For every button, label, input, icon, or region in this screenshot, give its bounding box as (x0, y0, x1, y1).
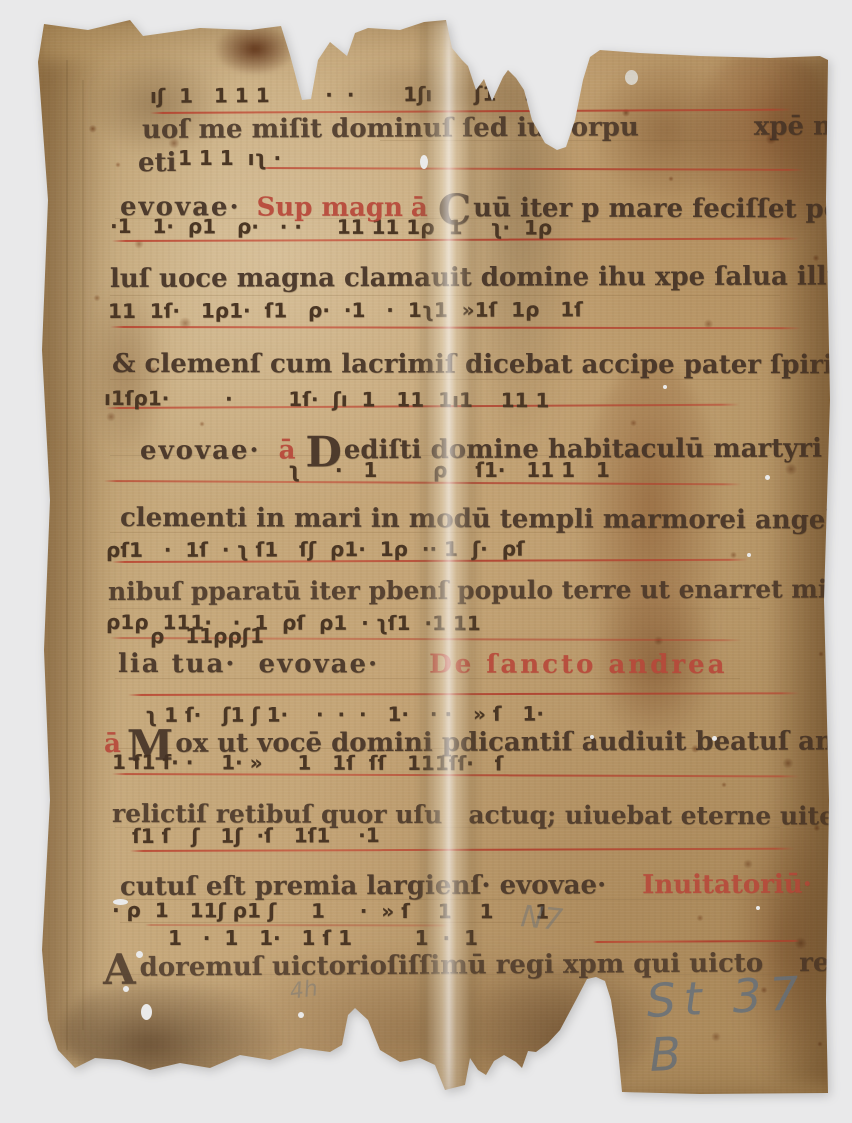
ink-text: xpē me fieri· (754, 111, 852, 142)
text-line: luſ uoce magna clamauit domine ihu xpe ſ… (110, 261, 852, 294)
rubric-text: De ſancto andrea (429, 650, 727, 681)
staff-line (106, 404, 740, 409)
ruling-line (115, 748, 780, 749)
ink-text: evovae· (120, 192, 241, 222)
staff-line (258, 167, 804, 171)
staff-line (110, 637, 742, 641)
ruling-line (110, 608, 760, 609)
stain (331, 55, 561, 135)
hole (590, 735, 594, 739)
ink-text: ox ut vocē domini pdicantiſ audiuit beat… (175, 726, 852, 759)
staff-line (104, 480, 742, 485)
ink-text: uū iter p mare feciſſet popu (473, 193, 852, 224)
ink-text: uoſ me miſit dominuſ ſed iū corpu (142, 112, 639, 145)
neume-row: 1 · 1 1· 1 ſ 1 1 · 1 (168, 926, 478, 950)
text-line: & clemenſ cum lacrimiſ dicebat accipe pa… (112, 349, 852, 380)
neume-row: ρſ1 · 1ſ · ʅ ſ1 ſʃ ρ1· 1ρ ·· 1 ʃ· ρſ (106, 537, 525, 562)
ruling-line (115, 678, 740, 679)
stain (36, 60, 111, 1060)
stain (216, 24, 294, 74)
stain (591, 580, 721, 750)
neume-row: ı1ſρ1· · 1ſ· ʃı 1 11 1ı1 11 1 (104, 386, 549, 412)
text-line: lia tua· evovae·De ſancto andrea (118, 649, 727, 680)
ink-text: ediſti domine habitaculū martyri tuo (344, 433, 852, 465)
stain (731, 805, 836, 1075)
rubric-text: Inuitatoriū· (642, 870, 812, 901)
neume-row: ·1 1· ρ1 ρ· · · 11 11 1ρ 1 ʅ· 1ρ (110, 214, 552, 240)
hole (141, 1004, 152, 1020)
ink-text: relictiſ retibuſ quor uſu (112, 799, 442, 829)
neume-row: ıʃ 1 1 1 1 · · 1ʃı ʃ1 ıſ 1 (150, 81, 575, 108)
ink-text: actuq; uiuebat eterne uite ſe (468, 800, 852, 830)
text-line: relictiſ retibuſ quor uſuactuq; uiuebat … (112, 799, 852, 831)
neume-row: 1 ſ1 ſ· · 1· » 1 1ſ ſſ 111ſſ· ſ (112, 750, 503, 775)
ink-text: rem per (799, 947, 852, 978)
ruling-line (120, 899, 780, 900)
ruling-line (380, 140, 790, 141)
ink-text: doremuſ uictorioſiſſimū regi xpm qui uic… (139, 948, 763, 982)
ruling-line (110, 295, 780, 296)
ink-text: lia tua· evovae· (118, 649, 379, 679)
hole (625, 70, 638, 85)
staff-line (112, 773, 800, 777)
rubric-text: ā (278, 435, 295, 465)
stain (461, 55, 576, 445)
ruling-line (115, 827, 780, 828)
text-line: cutuſ eſt premia largienſ· evovae·Inuita… (120, 870, 812, 902)
neume-row: 1 1 1 ıʅ · (178, 146, 281, 170)
text-line: nibuſ pparatū iter pbenſ populo terre ut… (108, 574, 852, 606)
initial-letter: D (305, 431, 342, 473)
rust-speckles (76, 100, 216, 460)
rubric-text: Sup magn (257, 192, 403, 223)
ink-text: luſ uoce magna clamauit domine ihu xpe ſ… (110, 261, 852, 294)
staff-line (112, 238, 800, 242)
text-line: evovae·āDediſti domine habitaculū martyr… (140, 429, 852, 474)
hole (756, 906, 760, 910)
pencil-mark: 4h (288, 976, 319, 1005)
initial-letter: A (103, 949, 136, 991)
ink-text: cutuſ eſt premia largienſ· evovae· (120, 870, 606, 902)
stain (471, 955, 661, 1090)
staff-line (150, 109, 792, 114)
neume-row: ρ1ρ 111· · 1 ρſ ρ1 · ʅſ1 ·1 11 (106, 610, 481, 635)
rubric-text: ā (411, 193, 428, 223)
hole (136, 951, 143, 958)
hole (420, 155, 428, 169)
text-line: Adoremuſ uictorioſiſſimū regi xpm qui ui… (103, 943, 852, 991)
text-line: uoſ me miſit dominuſ ſed iū corpuxpē me … (142, 111, 852, 145)
neume-row: ρ 11ρρʃ1 (150, 624, 264, 648)
stain (86, 275, 166, 465)
staff-line (593, 940, 800, 943)
initial-letter: M (127, 725, 174, 767)
hole (747, 553, 751, 557)
neume-row: · ρ 1 11ʃ ρ1 ʃ 1 · » ſ 1 1 1 (112, 898, 549, 924)
ink-text: eti (138, 148, 176, 178)
ruling-line (120, 922, 580, 923)
hole (298, 1012, 304, 1018)
hole (113, 899, 128, 905)
stain (576, 360, 726, 730)
photo-background: ıʃ 1 1 1 1 · · 1ʃı ʃ1 ıſ 11 1 1 ıʅ ··1 1… (0, 0, 852, 1123)
ink-text: clementi in mari in modū templi marmorei… (120, 503, 852, 536)
hole (123, 986, 129, 992)
fold-line (82, 80, 84, 1030)
ruling-line (110, 379, 760, 380)
hole (712, 736, 717, 741)
ink-text: nibuſ pparatū iter pbenſ populo terre ut… (108, 574, 852, 606)
staff-line (128, 692, 800, 696)
pencil-mark: N7 (519, 899, 564, 938)
stain (591, 60, 741, 200)
neume-row: ʅ · 1 ρ ſ1· 11 1 1 (288, 458, 610, 482)
ruling-line (110, 455, 770, 456)
text-line: evovae·Sup magnāCuū iter p mare feciſſet… (120, 188, 852, 233)
ink-text: evovae· (140, 436, 261, 466)
parchment-wrap: ıʃ 1 1 1 1 · · 1ʃı ʃ1 ıſ 11 1 1 ıʅ ··1 1… (0, 0, 852, 1123)
text-line: āMox ut vocē domini pdicantiſ audiuit be… (104, 722, 852, 767)
fold-line (66, 60, 68, 1050)
stain (766, 55, 836, 1085)
ink-text: & clemenſ cum lacrimiſ dicebat accipe pa… (112, 349, 852, 380)
staff-line (145, 924, 450, 927)
staff-line (112, 559, 748, 563)
ruling-line (110, 532, 770, 533)
neume-row: ſ1 ſ ʃ 1ʃ ·ſ 1ſ1 ·1 (132, 823, 380, 848)
text-line: eti (138, 148, 176, 178)
ruling-line (110, 974, 790, 975)
neume-row: 11 1ſ· 1ρ1· ſ1 ρ· ·1 · 1ʅ1 »1ſ 1ρ 1ſ (108, 297, 583, 323)
text-line: clementi in mari in modū templi marmorei… (120, 503, 852, 536)
stain (691, 45, 841, 245)
rubric-text: ā (104, 729, 121, 759)
staff-line (110, 326, 802, 329)
center-crease (414, 20, 484, 1095)
ruling-line (115, 218, 780, 219)
staff-line (130, 848, 795, 852)
initial-letter: C (438, 189, 472, 231)
shelfmark: St 37 B (645, 965, 832, 1082)
stain (61, 975, 281, 1090)
stain (186, 945, 646, 1090)
rust-speckles (596, 60, 846, 720)
parchment-fragment: ıʃ 1 1 1 1 · · 1ʃı ʃ1 ıſ 11 1 1 ıʅ ··1 1… (36, 20, 830, 1095)
hole (765, 475, 770, 480)
stain (91, 55, 221, 155)
neume-row: ʅ 1 ſ· ʃ1 ʃ 1· · · · 1· · · » ſ 1· (145, 702, 544, 727)
rust-speckles (676, 720, 836, 1080)
hole (663, 385, 667, 389)
